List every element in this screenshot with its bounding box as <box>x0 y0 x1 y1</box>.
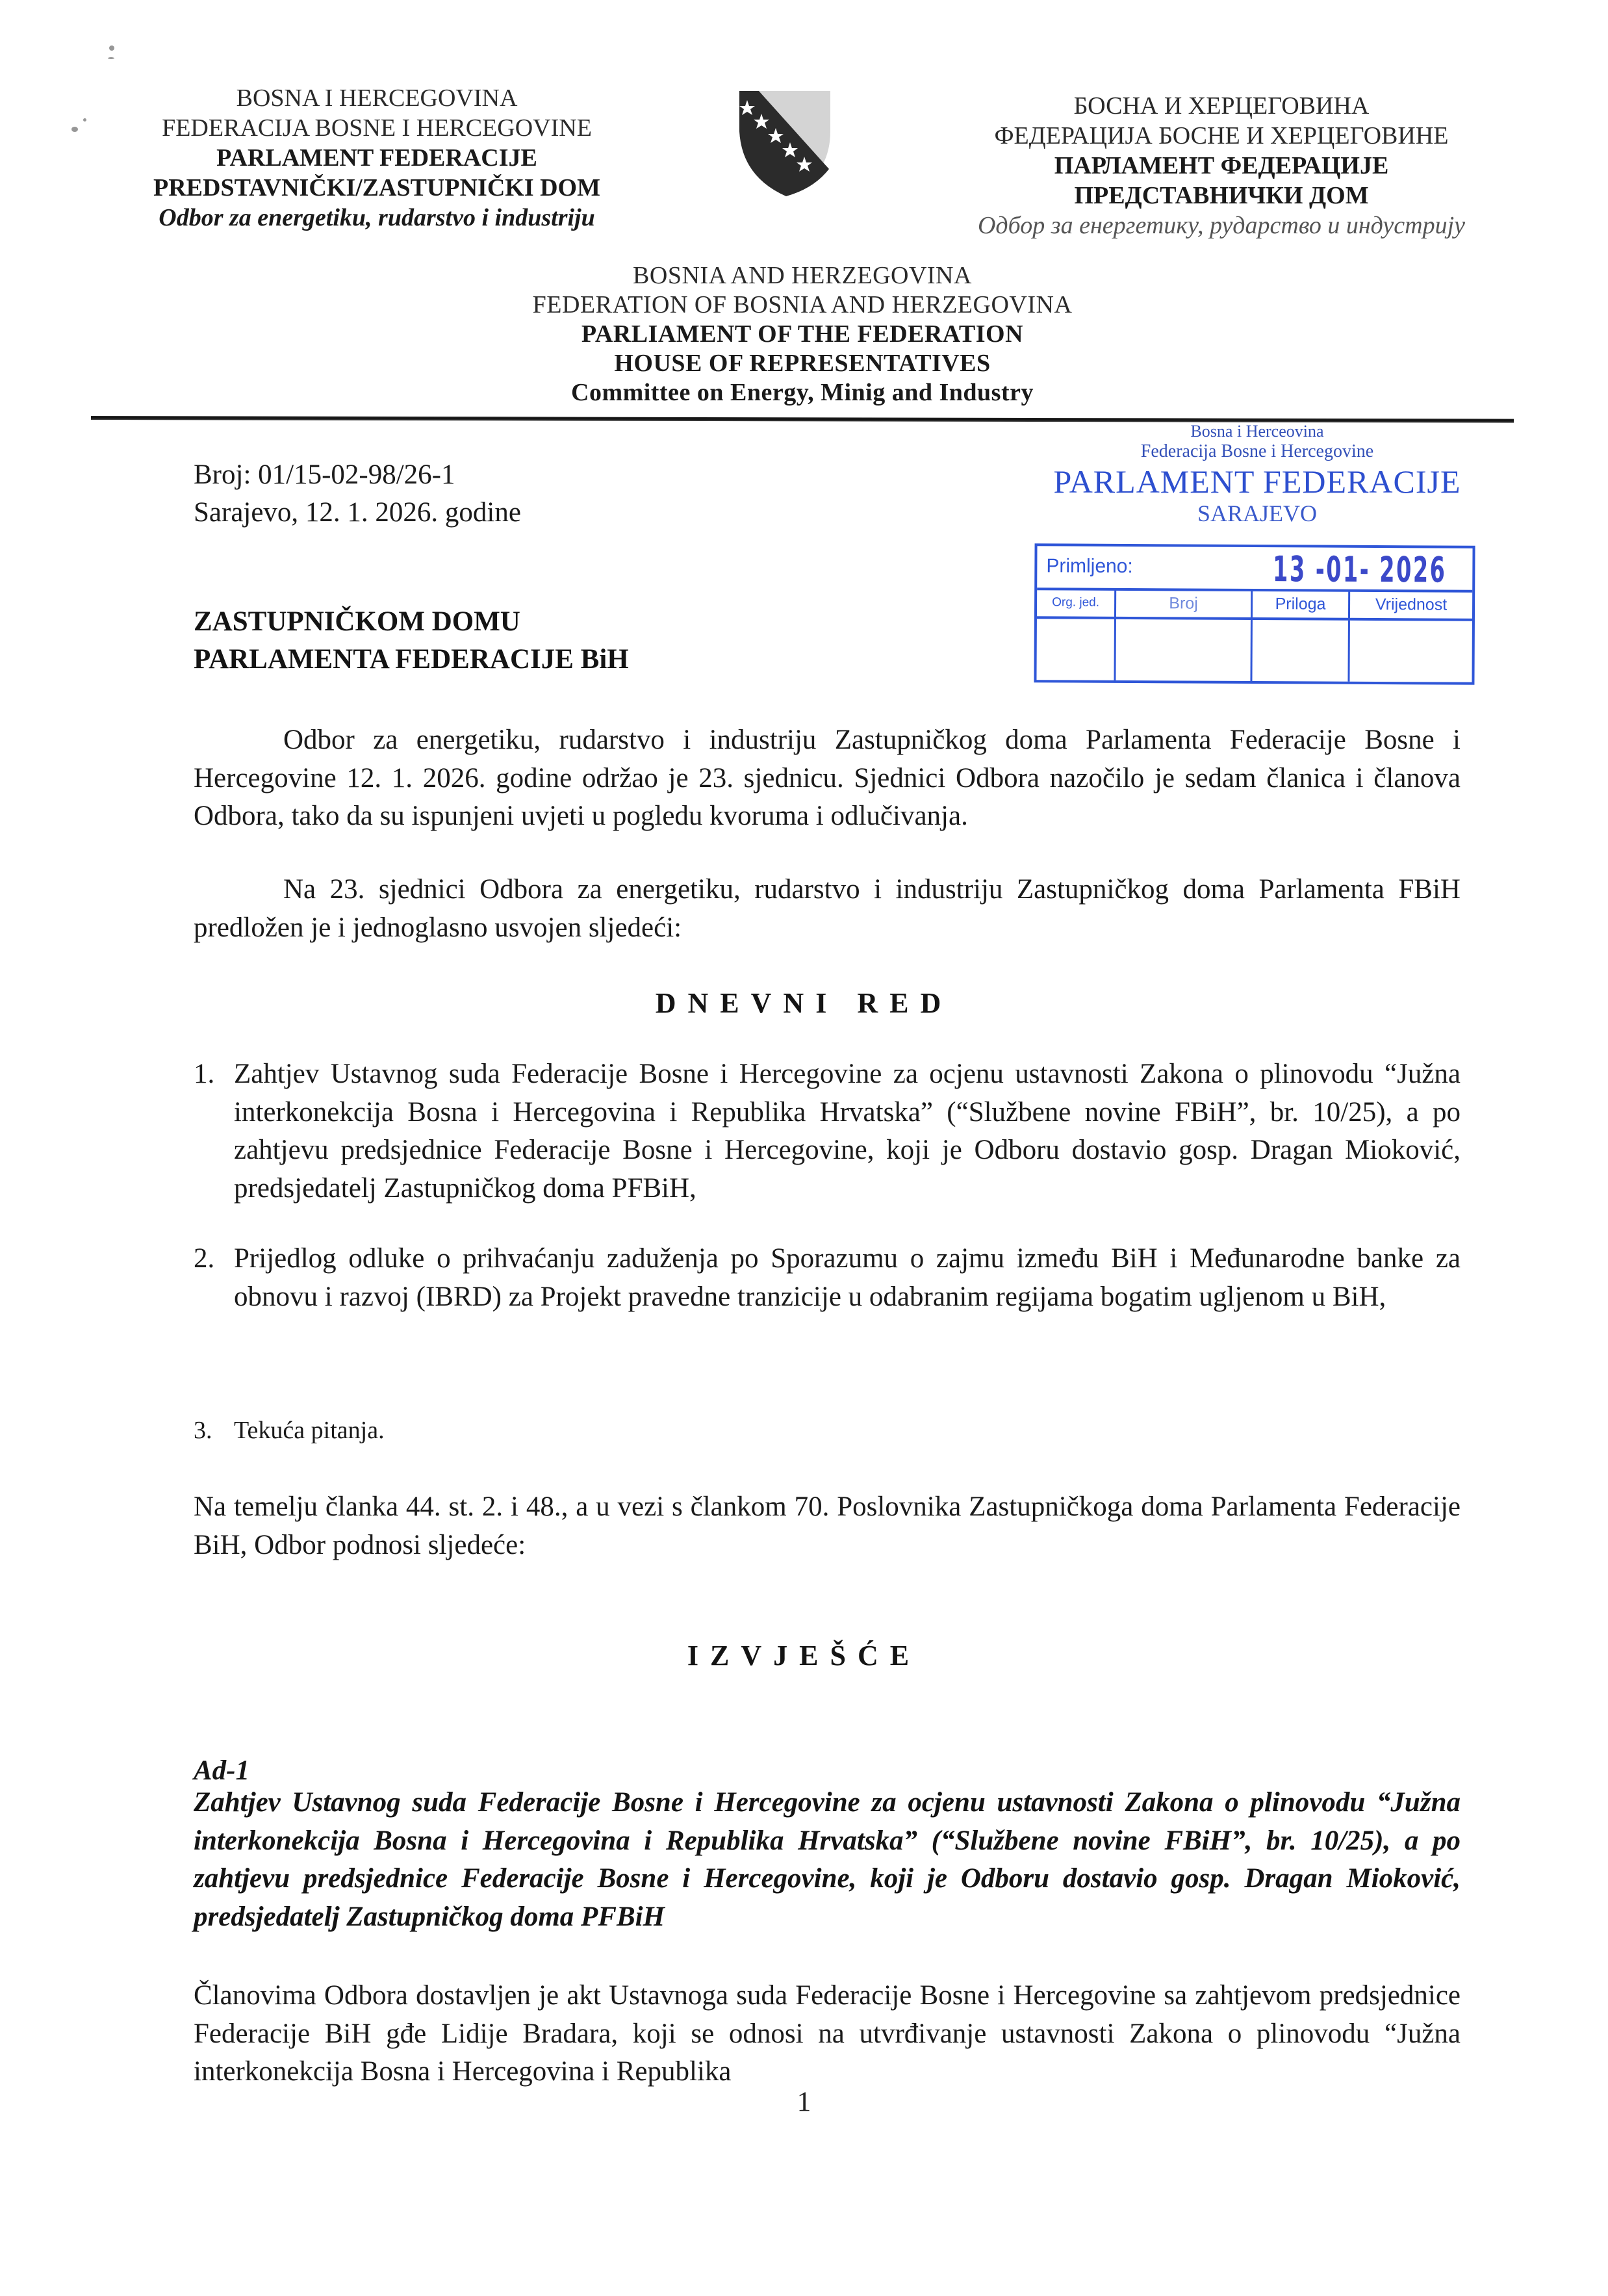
agenda-item-text: Prijedlog odluke o prihvaćanju zaduženja… <box>234 1240 1461 1316</box>
agenda-intro-paragraph: Na 23. sjednici Odbora za energetiku, ru… <box>194 871 1461 947</box>
header-committee-en: Committee on Energy, Minig and Industry <box>416 378 1189 407</box>
header-federation-cyr: ФЕДЕРАЦИЈА БОСНЕ И ХЕРЦЕГОВИНЕ <box>936 121 1507 151</box>
stamp-received-row: Primljeno: 13 -01- 2026 <box>1037 546 1472 593</box>
report-heading: IZVJEŠĆE <box>0 1639 1608 1672</box>
addressee: ZASTUPNIČKOM DOMU PARLAMENTA FEDERACIJE … <box>194 603 629 678</box>
stamp-col-attachments: Priloga <box>1253 590 1350 621</box>
agenda-item: 3. Tekuća pitanja. <box>194 1412 1461 1450</box>
header-house-cyr: ПРЕДСТАВНИЧКИ ДОМ <box>936 181 1507 211</box>
page-number: 1 <box>0 2086 1608 2118</box>
agenda-item-text: Tekuća pitanja. <box>234 1412 1461 1450</box>
stamp-col-value: Vrijednost <box>1350 591 1472 621</box>
header-country-en: BOSNIA AND HERZEGOVINA <box>416 261 1189 290</box>
stamp-col-org: Org. jed. <box>1037 589 1116 619</box>
stamp-grid: Org. jed. Broj Priloga Vrijednost <box>1036 589 1472 682</box>
agenda-item-number: 3. <box>194 1412 233 1450</box>
stamp-value-number <box>1116 619 1252 681</box>
header-right-cyrillic: БОСНА И ХЕРЦЕГОВИНА ФЕДЕРАЦИЈА БОСНЕ И Х… <box>936 91 1507 240</box>
header-center-english: BOSNIA AND HERZEGOVINA FEDERATION OF BOS… <box>416 261 1189 407</box>
ad1-label: Ad-1 <box>194 1755 249 1786</box>
stamp-value-attachments <box>1252 620 1349 682</box>
header-left-latin: BOSNA I HERCEGOVINA FEDERACIJA BOSNE I H… <box>97 83 656 233</box>
stamp-value-value <box>1349 621 1472 682</box>
header-federation: FEDERACIJA BOSNE I HERCEGOVINE <box>97 113 656 143</box>
agenda-item: 1. Zahtjev Ustavnog suda Federacije Bosn… <box>194 1055 1461 1207</box>
agenda-heading: DNEVNI RED <box>0 987 1608 1020</box>
stamp-received-label: Primljeno: <box>1046 555 1133 578</box>
document-reference: Broj: 01/15-02-98/26-1 Sarajevo, 12. 1. … <box>194 456 521 532</box>
ad1-paragraph: Članovima Odbora dostavljen je akt Ustav… <box>194 1977 1461 2091</box>
stamp-country: Bosna i Herceovina <box>1036 422 1478 441</box>
scan-mark <box>109 45 114 51</box>
stamp-city: SARAJEVO <box>1036 500 1478 526</box>
header-house: PREDSTAVNIČKI/ZASTUPNIČKI DOM <box>97 173 656 203</box>
header-country: BOSNA I HERCEGOVINA <box>97 83 656 113</box>
stamp-received-date: 13 -01- 2026 <box>1273 548 1447 590</box>
header-parliament-cyr: ПАРЛАМЕНТ ФЕДЕРАЦИЈЕ <box>936 151 1507 181</box>
scan-mark <box>71 127 78 132</box>
stamp-value-org <box>1036 619 1116 680</box>
bih-coat-of-arms-icon <box>733 86 837 200</box>
stamp-federation: Federacija Bosne i Hercegovine <box>1036 441 1478 463</box>
reference-number: Broj: 01/15-02-98/26-1 <box>194 456 521 494</box>
header-country-cyr: БОСНА И ХЕРЦЕГОВИНА <box>936 91 1507 121</box>
header-committee-cyr: Одбор за енергетику, рударство и индустр… <box>936 211 1507 240</box>
legal-basis-paragraph: Na temelju članka 44. st. 2. i 48., a u … <box>194 1488 1461 1564</box>
agenda-item-text: Zahtjev Ustavnog suda Federacije Bosne i… <box>234 1055 1461 1207</box>
reference-place-date: Sarajevo, 12. 1. 2026. godine <box>194 494 521 532</box>
addressee-line-2: PARLAMENTA FEDERACIJE BiH <box>194 641 629 678</box>
header-federation-en: FEDERATION OF BOSNIA AND HERZEGOVINA <box>416 290 1189 320</box>
agenda-item: 2. Prijedlog odluke o prihvaćanju zaduže… <box>194 1240 1461 1316</box>
ad1-title: Zahtjev Ustavnog suda Federacije Bosne i… <box>194 1784 1461 1936</box>
stamp-col-number: Broj <box>1116 589 1253 620</box>
agenda-item-number: 2. <box>194 1240 233 1278</box>
received-stamp-box: Primljeno: 13 -01- 2026 Org. jed. Broj P… <box>1034 543 1475 685</box>
header-parliament-en: PARLIAMENT OF THE FEDERATION <box>416 320 1189 349</box>
addressee-line-1: ZASTUPNIČKOM DOMU <box>194 603 629 641</box>
scan-mark <box>83 118 86 122</box>
agenda-item-number: 1. <box>194 1055 233 1094</box>
intro-paragraph: Odbor za energetiku, rudarstvo i industr… <box>194 721 1461 836</box>
received-stamp-header: Bosna i Herceovina Federacija Bosne i He… <box>1036 422 1478 526</box>
scan-mark <box>108 57 114 59</box>
header-committee: Odbor za energetiku, rudarstvo i industr… <box>97 203 656 233</box>
header-parliament: PARLAMENT FEDERACIJE <box>97 143 656 173</box>
header-house-en: HOUSE OF REPRESENTATIVES <box>416 349 1189 378</box>
stamp-parliament: PARLAMENT FEDERACIJE <box>1036 463 1478 500</box>
